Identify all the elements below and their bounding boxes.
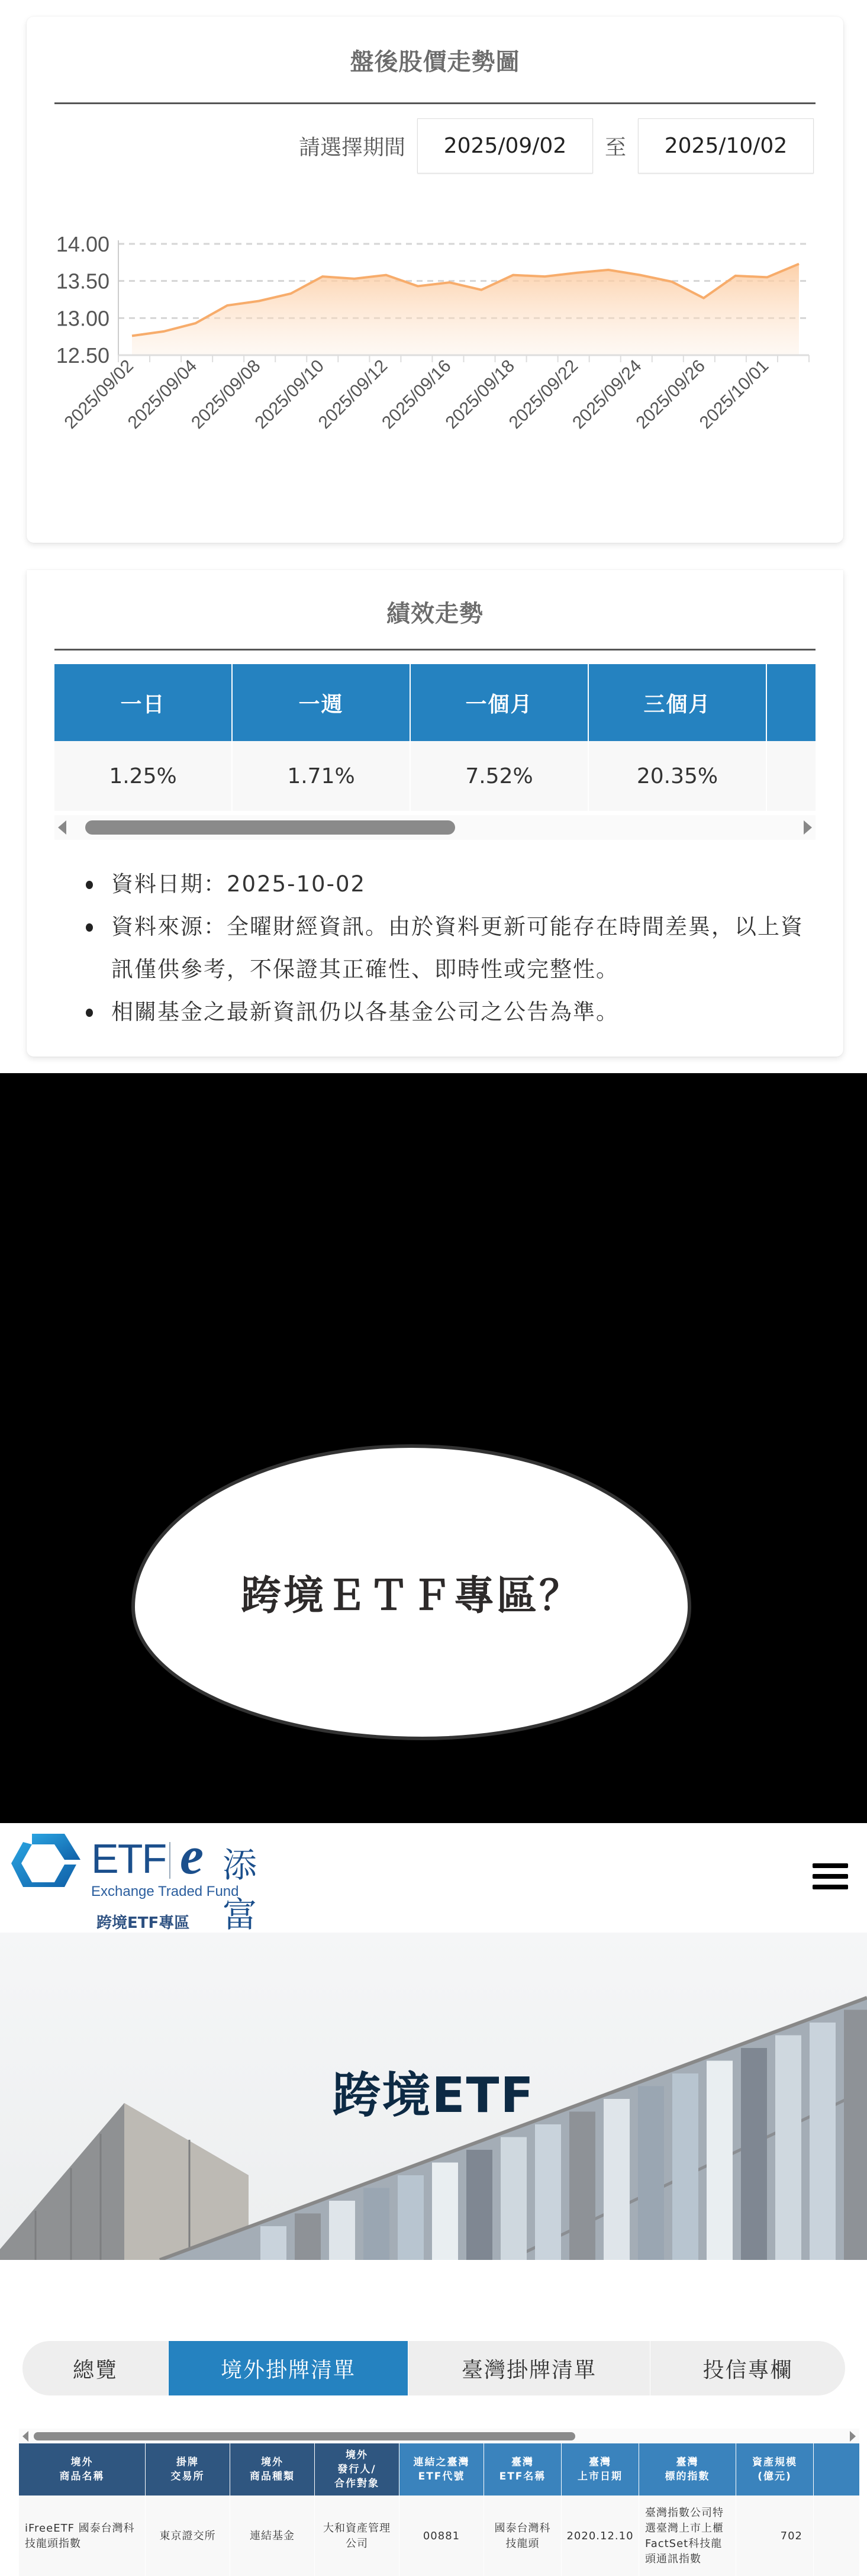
breadcrumb[interactable]: 跨境ETF專區 bbox=[96, 1911, 189, 1933]
tab-taiwan-listings[interactable]: 臺灣掛牌清單 bbox=[408, 2341, 650, 2395]
note-data-date: 資料日期：2025-10-02 bbox=[62, 863, 826, 906]
hero-title: 跨境ETF bbox=[0, 2057, 867, 2126]
overseas-etf-table: 境外商品名稱 掛牌交易所 境外商品種類 境外發行人/合作對象 連結之臺灣ETF代… bbox=[19, 2443, 859, 2576]
scrollbar-thumb[interactable] bbox=[34, 2432, 575, 2440]
data-notes-list: 資料日期：2025-10-02 資料來源：全曜財經資訊。由於資料更新可能存在時間… bbox=[62, 863, 826, 1033]
col-header: 臺灣標的指數 bbox=[639, 2443, 736, 2495]
cell-tw-code: 00881 bbox=[399, 2495, 484, 2576]
title-divider bbox=[54, 649, 816, 651]
performance-scrollbar[interactable] bbox=[54, 815, 816, 840]
perf-header-1m: 一個月 bbox=[411, 664, 589, 741]
date-separator: 至 bbox=[605, 131, 626, 161]
perf-header-more bbox=[767, 664, 816, 741]
perf-header-3m: 三個月 bbox=[589, 664, 767, 741]
svg-text:14.00: 14.00 bbox=[56, 232, 109, 256]
col-header: 境外商品種類 bbox=[230, 2443, 315, 2495]
logo-mark-icon bbox=[8, 1829, 82, 1897]
y-axis: 14.0013.5013.0012.50 bbox=[56, 232, 118, 368]
col-header: 資產規模(億元) bbox=[736, 2443, 814, 2495]
cell-index: 臺灣指數公司特選臺灣上市上櫃FactSet科技龍頭通訊指數 bbox=[639, 2495, 736, 2576]
scroll-right-arrow-icon[interactable] bbox=[850, 2431, 856, 2442]
note-disclaimer: 相關基金之最新資訊仍以各基金公司之公告為準。 bbox=[62, 991, 826, 1033]
cell-listing-date: 2020.12.10 bbox=[562, 2495, 639, 2576]
cell-tw-name: 國泰台灣科技龍頭 bbox=[484, 2495, 562, 2576]
col-header: 境外商品名稱 bbox=[19, 2443, 146, 2495]
tab-overseas-listings[interactable]: 境外掛牌清單 bbox=[169, 2341, 408, 2395]
col-header: 境外發行人/合作對象 bbox=[315, 2443, 399, 2495]
perf-value-1d: 1.25% bbox=[54, 741, 233, 811]
note-data-source: 資料來源：全曜財經資訊。由於資料更新可能存在時間差異，以上資訊僅供參考，不保證其… bbox=[62, 906, 826, 991]
logo-etf-text: ETF bbox=[91, 1835, 166, 1882]
perf-header-1w: 一週 bbox=[233, 664, 411, 741]
section-tabs: 總覽 境外掛牌清單 臺灣掛牌清單 投信專欄 bbox=[22, 2341, 845, 2395]
cell-issuer: 大和資產管理公司 bbox=[315, 2495, 399, 2576]
table-row[interactable]: iFreeETF 國泰台灣科技龍頭指數 東京證交所 連結基金 大和資產管理公司 … bbox=[19, 2495, 859, 2576]
scroll-right-arrow-icon[interactable] bbox=[804, 820, 812, 835]
perf-header-1d: 一日 bbox=[54, 664, 233, 741]
cell-aum: 702 bbox=[736, 2495, 814, 2576]
performance-card: 績效走勢 一日 一週 一個月 三個月 1.25% 1.71% 7.52% 20.… bbox=[27, 570, 843, 1057]
svg-text:13.00: 13.00 bbox=[56, 306, 109, 330]
speech-bubble: 跨境ＥＴＦ專區？ bbox=[131, 1444, 691, 1740]
cell-product-name: iFreeETF 國泰台灣科技龍頭指數 bbox=[19, 2495, 146, 2576]
perf-value-3m: 20.35% bbox=[589, 741, 767, 811]
svg-text:12.50: 12.50 bbox=[56, 343, 109, 368]
period-label: 請選擇期間 bbox=[299, 131, 405, 161]
x-axis: 2025/09/022025/09/042025/09/082025/09/10… bbox=[60, 355, 809, 433]
performance-table-scroller[interactable]: 一日 一週 一個月 三個月 1.25% 1.71% 7.52% 20.35% bbox=[54, 664, 816, 842]
logo-subtitle: Exchange Traded Fund bbox=[91, 1883, 239, 1900]
col-header: 掛牌交易所 bbox=[146, 2443, 230, 2495]
cell-extra bbox=[814, 2495, 859, 2576]
start-date-input[interactable]: 2025/09/02 bbox=[417, 118, 593, 173]
video-overlay: 跨境ＥＴＦ專區？ bbox=[0, 1073, 867, 1823]
brand-logo[interactable]: ETF e 添富 Exchange Traded Fund bbox=[8, 1829, 281, 1897]
speech-bubble-text: 跨境ＥＴＦ專區？ bbox=[241, 1564, 582, 1621]
price-area bbox=[132, 264, 799, 355]
col-header: 臺灣ETF名稱 bbox=[484, 2443, 562, 2495]
perf-value-1m: 7.52% bbox=[411, 741, 589, 811]
perf-value-1w: 1.71% bbox=[233, 741, 411, 811]
col-header-extra bbox=[814, 2443, 859, 2495]
title-divider bbox=[54, 102, 816, 104]
table-header-row: 境外商品名稱 掛牌交易所 境外商品種類 境外發行人/合作對象 連結之臺灣ETF代… bbox=[19, 2443, 859, 2495]
scroll-left-arrow-icon[interactable] bbox=[58, 820, 66, 835]
cell-exchange: 東京證交所 bbox=[146, 2495, 230, 2576]
price-area-chart: 14.0013.5013.0012.50 2025/09/022025/09/0… bbox=[27, 218, 843, 478]
performance-table: 一日 一週 一個月 三個月 1.25% 1.71% 7.52% 20.35% bbox=[54, 664, 816, 811]
price-chart-card: 盤後股價走勢圖 請選擇期間 2025/09/02 至 2025/10/02 14… bbox=[27, 17, 843, 543]
tab-overview[interactable]: 總覽 bbox=[22, 2341, 169, 2395]
site-header: ETF e 添富 Exchange Traded Fund 跨境ETF專區 bbox=[0, 1823, 867, 1933]
date-range-picker: 請選擇期間 2025/09/02 至 2025/10/02 bbox=[299, 118, 814, 173]
col-header: 臺灣上市日期 bbox=[562, 2443, 639, 2495]
col-header: 連結之臺灣ETF代號 bbox=[399, 2443, 484, 2495]
cell-product-type: 連結基金 bbox=[230, 2495, 315, 2576]
logo-divider bbox=[169, 1842, 170, 1879]
tab-column[interactable]: 投信專欄 bbox=[650, 2341, 845, 2395]
scrollbar-thumb[interactable] bbox=[85, 820, 455, 835]
logo-e-text: e bbox=[180, 1825, 204, 1886]
hamburger-menu-icon[interactable] bbox=[813, 1863, 848, 1892]
price-chart-title: 盤後股價走勢圖 bbox=[27, 43, 843, 77]
perf-value-more bbox=[767, 741, 816, 811]
performance-title: 績效走勢 bbox=[27, 595, 843, 629]
svg-text:13.50: 13.50 bbox=[56, 269, 109, 294]
etf-table-scrollbar[interactable] bbox=[19, 2429, 859, 2444]
scroll-left-arrow-icon[interactable] bbox=[22, 2431, 28, 2442]
hero-banner: 跨境ETF bbox=[0, 1933, 867, 2260]
end-date-input[interactable]: 2025/10/02 bbox=[638, 118, 814, 173]
svg-text:2025/10/01: 2025/10/01 bbox=[696, 356, 773, 433]
